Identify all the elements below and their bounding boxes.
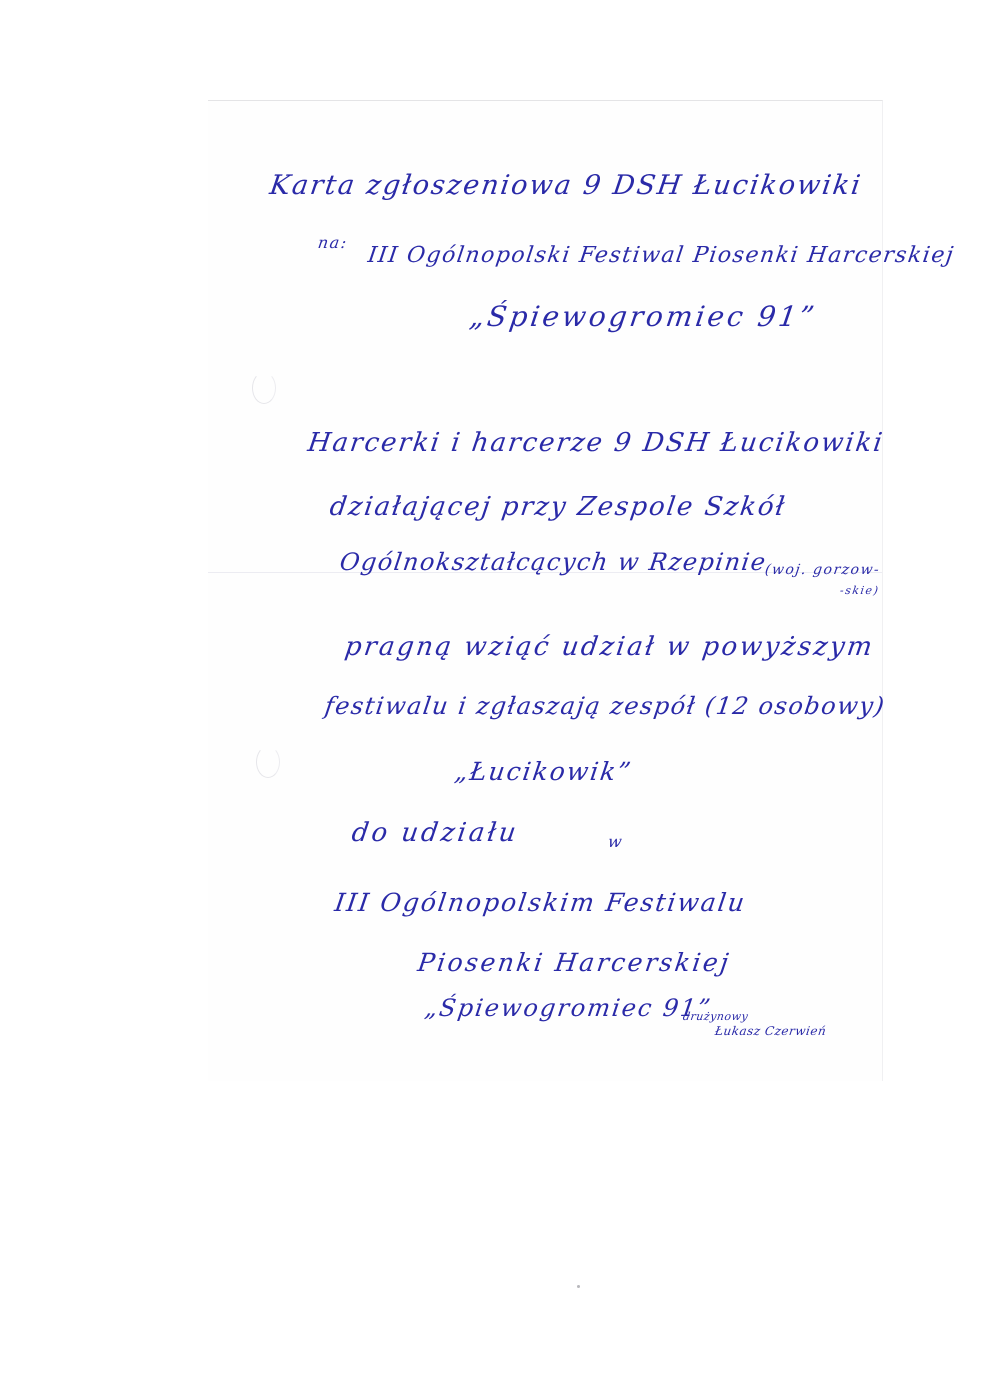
closing-line-2: Piosenki Harcerskiej: [416, 948, 733, 977]
team-name: „Łucikowik”: [453, 757, 634, 786]
signature-role: drużynowy: [682, 1010, 749, 1023]
punch-hole-mark: [256, 746, 280, 778]
body-line-3-note: (woj. gorzow-: [764, 562, 881, 578]
closing-line-1: III Ogólnopolskim Festiwalu: [333, 888, 748, 917]
signature-name: Łukasz Czerwień: [714, 1024, 827, 1038]
festival-title: III Ogólnopolski Festiwal Piosenki Harce…: [366, 243, 956, 268]
form-title: Karta zgłoszeniowa 9 DSH Łucikowiki: [268, 170, 864, 201]
scan-speck: [577, 1285, 580, 1288]
festival-name: „Śpiewogromiec 91”: [468, 300, 819, 333]
closing-festival-name: „Śpiewogromiec 91”: [423, 994, 714, 1022]
body-w: w: [607, 832, 625, 851]
body-line-4: pragną wziąć udział w powyższym: [343, 632, 876, 662]
body-line-3-note-cont: -skie): [839, 584, 880, 597]
body-line-3: Ogólnokształcących w Rzepinie: [338, 548, 768, 576]
label-na: na:: [317, 233, 349, 252]
body-line-2: działającej przy Zespole Szkół: [328, 492, 788, 522]
body-do-udzialu: do udziału: [350, 818, 521, 848]
punch-hole-mark: [252, 372, 276, 404]
body-line-1: Harcerki i harcerze 9 DSH Łucikowiki: [306, 428, 886, 458]
body-line-5: festiwalu i zgłaszają zespół (12 osobowy…: [323, 692, 887, 720]
